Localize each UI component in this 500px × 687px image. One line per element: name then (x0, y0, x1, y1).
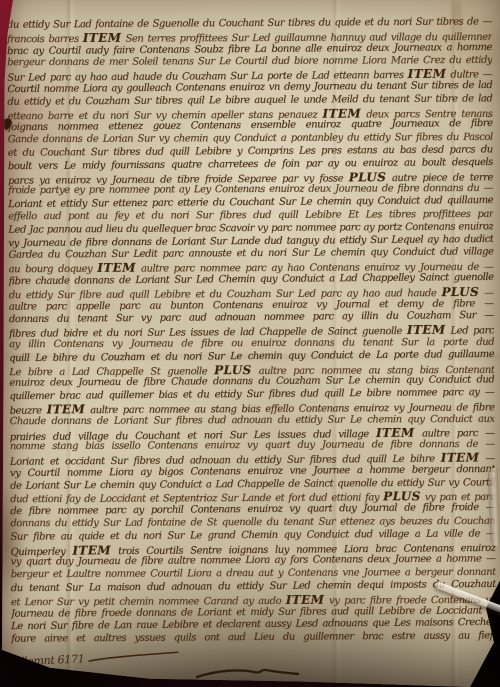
manuscript-line: du ettidy Sur fibre aud quill Lebibre et… (9, 286, 494, 301)
manuscript-text: du ettidy Sur Lad fontaine de Sguenolle … (7, 16, 496, 646)
keyword-emphasis: PLUS (214, 363, 252, 377)
keyword-emphasis: PLUS (441, 286, 479, 299)
manuscript-photo: du ettidy Sur Lad fontaine de Sguenolle … (0, 0, 500, 687)
bottom-flourish-mark (196, 666, 300, 682)
keyword-emphasis: ITEM (83, 30, 122, 44)
right-edge-fold (488, 468, 500, 546)
signature-paraph: guillemnt 6171 (4, 652, 85, 668)
manuscript-line: et Lenor Sur vy petit chemin nommee Cara… (11, 593, 496, 608)
parchment-page: du ettidy Sur Lad fontaine de Sguenolle … (0, 0, 500, 687)
manuscript-line: Le bibre a Lad Chappelle St guenolle PLU… (9, 362, 494, 377)
keyword-emphasis: ITEM (47, 402, 86, 416)
keyword-emphasis: PLUS (349, 170, 387, 184)
keyword-emphasis: ITEM (441, 451, 480, 464)
keyword-emphasis: ITEM (72, 543, 111, 557)
keyword-emphasis: ITEM (286, 593, 325, 607)
keyword-emphasis: ITEM (408, 68, 447, 82)
manuscript-line: effello aud pont au fey et du nori Sur f… (8, 209, 493, 224)
signature-flourish-line (88, 650, 180, 664)
keyword-emphasis: ITEM (376, 425, 415, 439)
manuscript-line: Gande donnans de Lorian Sur vy chemin qu… (8, 132, 493, 147)
signature-row: guillemnt 6171 (4, 648, 181, 669)
keyword-emphasis: ITEM (97, 261, 136, 275)
keyword-emphasis: ITEM (407, 323, 446, 337)
manuscript-line: donnans du ettidy Sur Lad fontaine de St… (10, 516, 495, 531)
